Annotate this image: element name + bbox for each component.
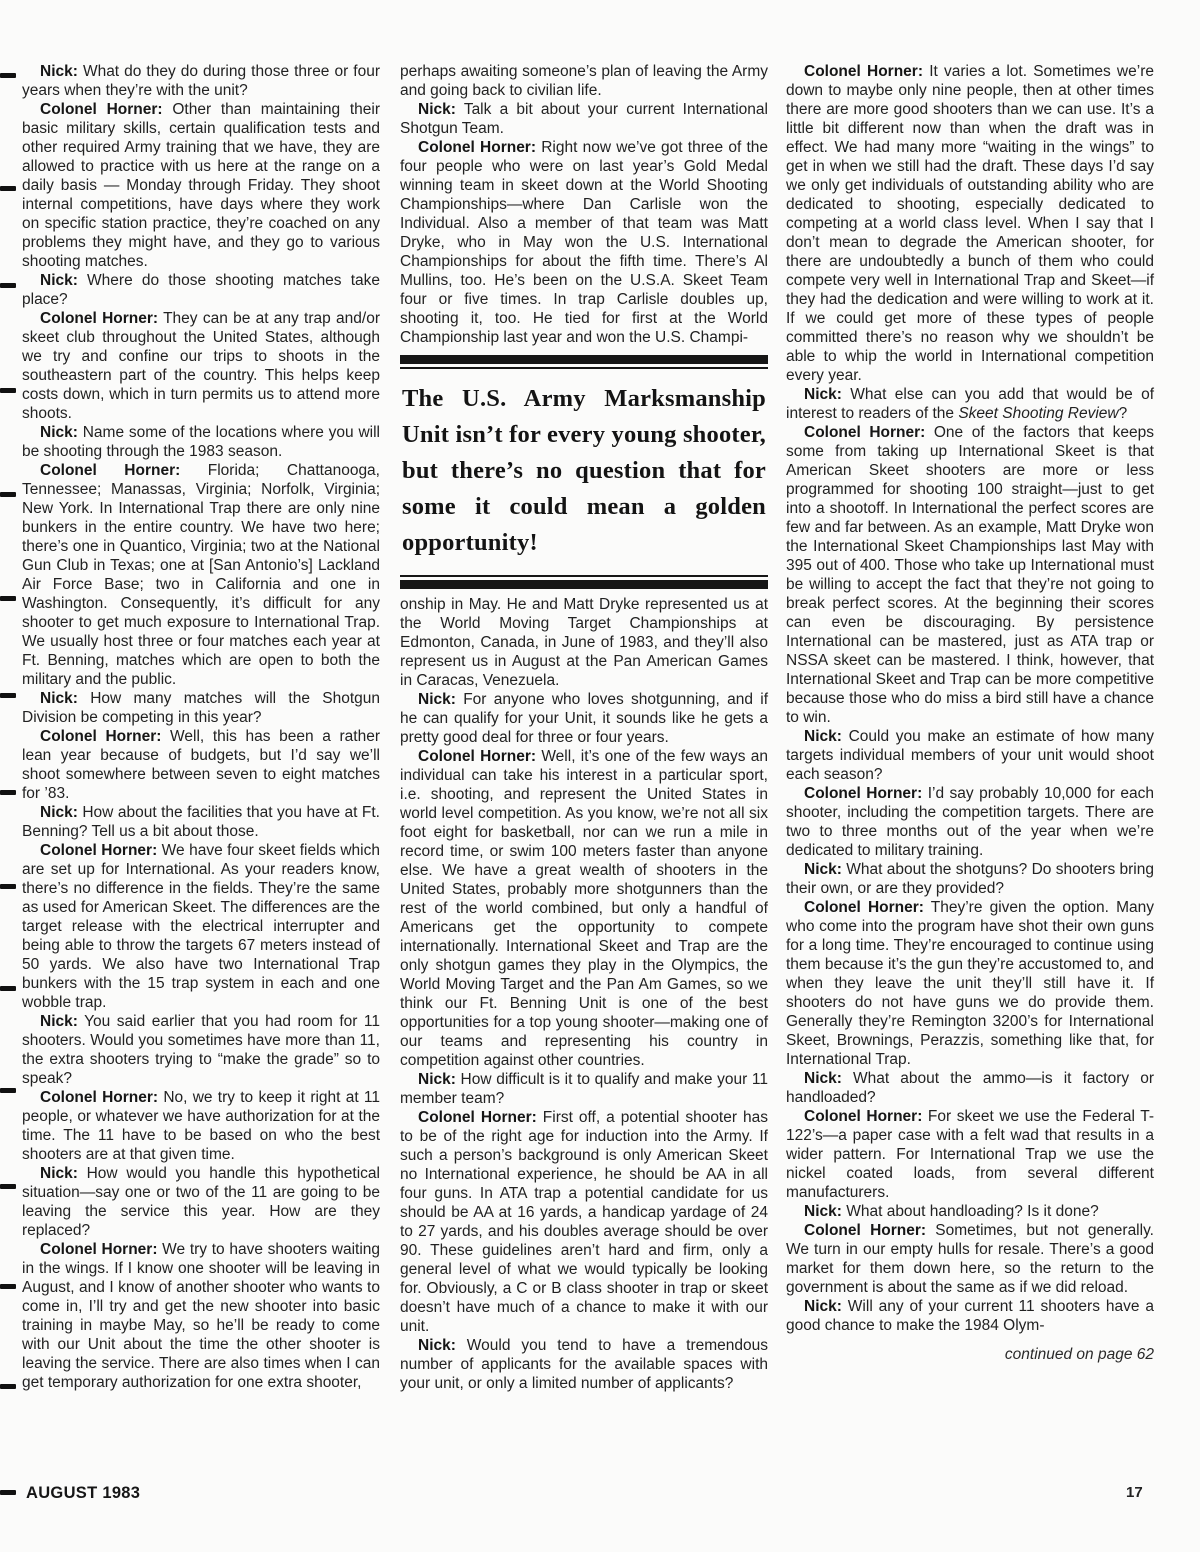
column-1: Nick: What do they do during those three…	[22, 62, 380, 1392]
speaker-label: Nick:	[804, 1070, 842, 1087]
speaker-label: Colonel Horner:	[40, 842, 157, 859]
speaker-label: Nick:	[40, 1013, 78, 1030]
interview-paragraph: Colonel Horner: We try to have shooters …	[22, 1240, 380, 1392]
body-text: Well, it’s one of the few ways an indivi…	[400, 748, 768, 1069]
interview-paragraph: Nick: Where do those shooting matches ta…	[22, 271, 380, 309]
margin-tick	[0, 1088, 16, 1093]
speaker-label: Colonel Horner:	[804, 899, 924, 916]
pull-quote-text: The U.S. Army Marksmanship Unit isn’t fo…	[400, 369, 768, 575]
pull-quote: The U.S. Army Marksmanship Unit isn’t fo…	[400, 355, 768, 589]
body-text: Would you tend to have a tremendous numb…	[400, 1337, 768, 1392]
margin-tick	[0, 790, 16, 795]
body-text: Right now we’ve got three of the four pe…	[400, 139, 768, 346]
pull-quote-bottom-thick-rule	[400, 580, 768, 589]
interview-paragraph: Nick: What about handloading? Is it done…	[786, 1202, 1154, 1221]
speaker-label: Colonel Horner:	[418, 139, 536, 156]
margin-tick	[0, 388, 16, 393]
speaker-label: Nick:	[804, 386, 842, 403]
speaker-label: Nick:	[804, 1298, 842, 1315]
body-text: Could you make an estimate of how many t…	[786, 728, 1154, 783]
speaker-label: Nick:	[40, 804, 78, 821]
interview-paragraph: Nick: You said earlier that you had room…	[22, 1012, 380, 1088]
speaker-label: Nick:	[418, 1071, 456, 1088]
speaker-label: Nick:	[40, 690, 78, 707]
interview-paragraph: Nick: How difficult is it to qualify and…	[400, 1070, 768, 1108]
margin-tick	[0, 492, 16, 497]
interview-paragraph: Nick: What do they do during those three…	[22, 62, 380, 100]
speaker-label: Nick:	[40, 272, 78, 289]
speaker-label: Colonel Horner:	[418, 1109, 537, 1126]
interview-paragraph: Colonel Horner: We have four skeet field…	[22, 841, 380, 1012]
speaker-label: Nick:	[40, 424, 78, 441]
speaker-label: Colonel Horner:	[804, 785, 922, 802]
continued-on-page-note: continued on page 62	[786, 1345, 1154, 1364]
margin-tick	[0, 283, 16, 288]
body-text: Talk a bit about your current Internatio…	[400, 101, 768, 137]
interview-paragraph: Colonel Horner: Sometimes, but not gener…	[786, 1221, 1154, 1297]
interview-paragraph: Colonel Horner: Florida; Chattanooga, Te…	[22, 461, 380, 689]
column-2: perhaps awaiting someone’s plan of leavi…	[400, 62, 768, 1393]
speaker-label: Nick:	[40, 1165, 78, 1182]
speaker-label: Nick:	[40, 63, 78, 80]
interview-paragraph: Nick: What about the ammo—is it factory …	[786, 1069, 1154, 1107]
interview-paragraph: Nick: Would you tend to have a tremendou…	[400, 1336, 768, 1393]
margin-tick	[0, 884, 16, 889]
body-text: Florida; Chattanooga, Tennessee; Manassa…	[22, 462, 380, 688]
speaker-label: Colonel Horner:	[418, 748, 536, 765]
italic-title-text: Skeet Shooting Review	[958, 405, 1118, 422]
speaker-label: Nick:	[804, 728, 842, 745]
interview-paragraph: Nick: How about the facilities that you …	[22, 803, 380, 841]
speaker-label: Colonel Horner:	[804, 424, 925, 441]
interview-paragraph: Colonel Horner: Well, it’s one of the fe…	[400, 747, 768, 1070]
margin-tick	[0, 1284, 16, 1289]
interview-paragraph: Nick: How many matches will the Shotgun …	[22, 689, 380, 727]
margin-tick	[0, 986, 16, 991]
interview-paragraph: Colonel Horner: For skeet we use the Fed…	[786, 1107, 1154, 1202]
margin-tick	[0, 186, 16, 191]
continuation-paragraph: perhaps awaiting someone’s plan of leavi…	[400, 62, 768, 100]
interview-paragraph: Nick: How would you handle this hypothet…	[22, 1164, 380, 1240]
interview-paragraph: Colonel Horner: They’re given the option…	[786, 898, 1154, 1069]
interview-paragraph: Colonel Horner: They can be at any trap …	[22, 309, 380, 423]
interview-paragraph: Nick: Will any of your current 11 shoote…	[786, 1297, 1154, 1335]
pull-quote-top-thick-rule	[400, 355, 768, 364]
body-text: For anyone who loves shotgunning, and if…	[400, 691, 768, 746]
speaker-label: Nick:	[804, 1203, 842, 1220]
body-text: First off, a potential shooter has to be…	[400, 1109, 768, 1335]
interview-paragraph: Colonel Horner: Other than maintaining t…	[22, 100, 380, 271]
speaker-label: Colonel Horner:	[804, 63, 923, 80]
interview-paragraph: Nick: What about the shotguns? Do shoote…	[786, 860, 1154, 898]
body-text: perhaps awaiting someone’s plan of leavi…	[400, 63, 768, 99]
interview-paragraph: Nick: Talk a bit about your current Inte…	[400, 100, 768, 138]
body-text: One of the factors that keeps some from …	[786, 424, 1154, 726]
interview-paragraph: Colonel Horner: I’d say probably 10,000 …	[786, 784, 1154, 860]
pull-quote-bottom-thin-rule	[400, 575, 768, 577]
page-number: 17	[1126, 1484, 1143, 1501]
body-text: What about handloading? Is it done?	[842, 1203, 1099, 1220]
speaker-label: Colonel Horner:	[40, 728, 161, 745]
interview-paragraph: Colonel Horner: First off, a potential s…	[400, 1108, 768, 1336]
speaker-label: Nick:	[418, 691, 456, 708]
interview-paragraph: Nick: For anyone who loves shotgunning, …	[400, 690, 768, 747]
body-text: It varies a lot. Sometimes we’re down to…	[786, 63, 1154, 384]
continuation-paragraph: onship in May. He and Matt Dryke represe…	[400, 595, 768, 690]
interview-paragraph: Colonel Horner: Well, this has been a ra…	[22, 727, 380, 803]
body-text: ?	[1119, 405, 1128, 422]
body-text: How difficult is it to qualify and make …	[400, 1071, 768, 1107]
footer-issue-date: AUGUST 1983	[26, 1484, 140, 1503]
margin-tick	[0, 596, 16, 601]
interview-paragraph: Nick: Could you make an estimate of how …	[786, 727, 1154, 784]
speaker-label: Nick:	[804, 861, 842, 878]
speaker-label: Colonel Horner:	[804, 1222, 926, 1239]
body-text: onship in May. He and Matt Dryke represe…	[400, 596, 768, 689]
margin-tick	[0, 73, 16, 78]
body-text: They’re given the option. Many who come …	[786, 899, 1154, 1068]
speaker-label: Colonel Horner:	[40, 310, 158, 327]
interview-paragraph: Colonel Horner: Right now we’ve got thre…	[400, 138, 768, 347]
interview-paragraph: Colonel Horner: It varies a lot. Sometim…	[786, 62, 1154, 385]
margin-tick	[0, 1384, 16, 1389]
body-text: What about the shotguns? Do shooters bri…	[786, 861, 1154, 897]
speaker-label: Colonel Horner:	[40, 462, 180, 479]
margin-tick	[0, 1184, 16, 1189]
body-text: What about the ammo—is it factory or han…	[786, 1070, 1154, 1106]
interview-paragraph: Colonel Horner: One of the factors that …	[786, 423, 1154, 727]
speaker-label: Colonel Horner:	[40, 1089, 158, 1106]
body-text: Other than maintaining their basic milit…	[22, 101, 380, 270]
interview-paragraph: Nick: What else can you add that would b…	[786, 385, 1154, 423]
speaker-label: Colonel Horner:	[804, 1108, 922, 1125]
interview-paragraph: Nick: Name some of the locations where y…	[22, 423, 380, 461]
body-text: We have four skeet fields which are set …	[22, 842, 380, 1011]
speaker-label: Nick:	[418, 101, 456, 118]
body-text: Will any of your current 11 shooters hav…	[786, 1298, 1154, 1334]
margin-tick	[0, 1490, 16, 1495]
speaker-label: Colonel Horner:	[40, 101, 163, 118]
body-text: We try to have shooters waiting in the w…	[22, 1241, 380, 1391]
interview-paragraph: Colonel Horner: No, we try to keep it ri…	[22, 1088, 380, 1164]
column-3: Colonel Horner: It varies a lot. Sometim…	[786, 62, 1154, 1364]
speaker-label: Nick:	[418, 1337, 456, 1354]
speaker-label: Colonel Horner:	[40, 1241, 158, 1258]
margin-tick	[0, 693, 16, 698]
